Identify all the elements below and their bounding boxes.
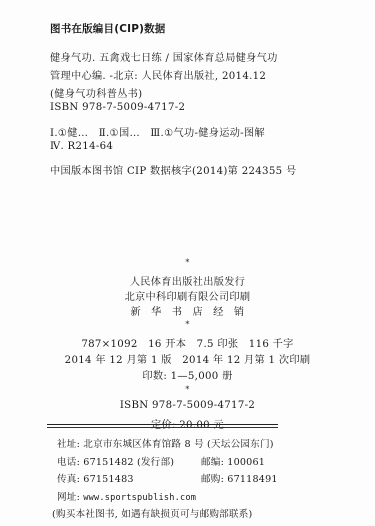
edition-line: 2014 年 12 月第 1 版 2014 年 12 月第 1 次印刷 bbox=[0, 351, 375, 367]
website-label: 网址: bbox=[57, 492, 83, 503]
isbn-line: ISBN 978-7-5009-4717-2 bbox=[0, 400, 375, 416]
cip-publisher-line: 管理中心编. -北京: 人民体育出版社, 2014.12 bbox=[50, 67, 266, 82]
distributor-line: 新华书店经销 bbox=[0, 303, 375, 318]
print-run-line: 印数: 1—5,000 册 bbox=[0, 367, 375, 383]
address-line: 社址: 北京市东城区体育馆路 8 号 (天坛公园东门) bbox=[57, 436, 274, 450]
star-separator: * bbox=[0, 318, 375, 335]
cip-isbn-line: ISBN 978-7-5009-4717-2 bbox=[50, 102, 185, 113]
cip-classification-line-2: Ⅳ. R214-64 bbox=[50, 141, 113, 152]
fax-line: 传真: 67151483 bbox=[57, 471, 134, 485]
phone-line: 电话: 67151482 (发行部) bbox=[57, 454, 174, 468]
website-line: 网址: www.sportspublish.com bbox=[57, 489, 196, 503]
star-separator: * bbox=[0, 256, 375, 273]
website-link[interactable]: www.sportspublish.com bbox=[83, 493, 196, 503]
cip-series-line: (健身气功科普丛书) bbox=[50, 85, 142, 100]
postcode-line: 邮编: 100061 bbox=[201, 454, 265, 468]
star-separator: * bbox=[0, 383, 375, 400]
mail-order-line: 邮购: 67118491 bbox=[201, 471, 278, 485]
publisher-line: 人民体育出版社出版发行 bbox=[0, 273, 375, 288]
printer-line: 北京中科印刷有限公司印刷 bbox=[0, 288, 375, 303]
cip-title-line: 健身气功. 五禽戏七日练 / 国家体育总局健身气功 bbox=[50, 49, 278, 64]
cip-heading: 图书在版编目(CIP)数据 bbox=[50, 21, 166, 36]
cip-classification-line-1: Ⅰ.①健… Ⅱ.①国… Ⅲ.①气功-健身运动-图解 bbox=[50, 124, 265, 139]
publishing-block: * 人民体育出版社出版发行 北京中科印刷有限公司印刷 新华书店经销 * bbox=[0, 256, 375, 335]
specs-block: 787×1092 16 开本 7.5 印张 116 千字 2014 年 12 月… bbox=[0, 335, 375, 432]
purchase-notice: (购买本社图书, 如遇有缺损页可与邮购部联系) bbox=[52, 506, 252, 520]
copyright-page: 图书在版编目(CIP)数据 健身气功. 五禽戏七日练 / 国家体育总局健身气功 … bbox=[0, 0, 375, 526]
format-line: 787×1092 16 开本 7.5 印张 116 千字 bbox=[0, 335, 375, 351]
divider-rule-thick bbox=[47, 424, 278, 425]
divider-rule-thin bbox=[47, 427, 278, 428]
cip-record-number: 中国版本图书馆 CIP 数据核字(2014)第 224355 号 bbox=[50, 162, 296, 177]
